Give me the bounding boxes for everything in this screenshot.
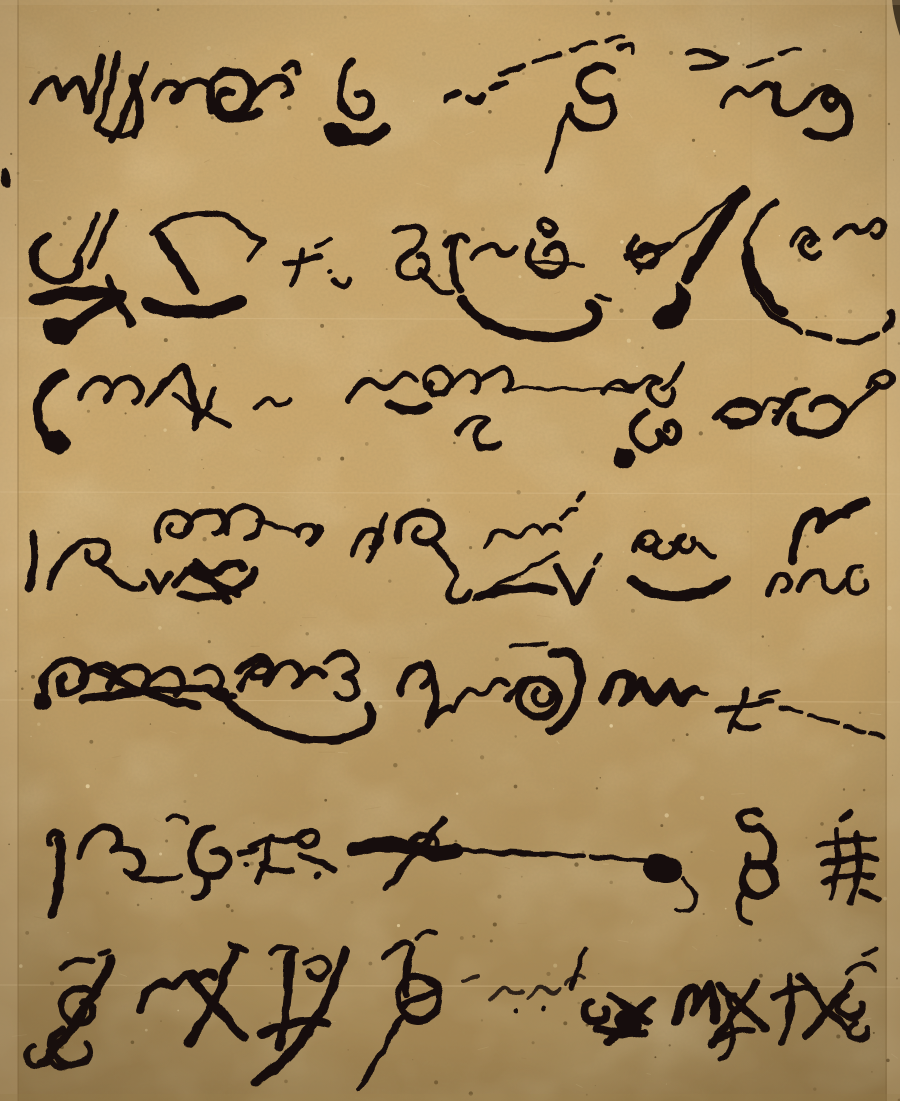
calligraphy-artwork <box>0 0 900 1101</box>
edge-vignette <box>0 0 900 1101</box>
calligraphy-scroll <box>0 0 900 1101</box>
